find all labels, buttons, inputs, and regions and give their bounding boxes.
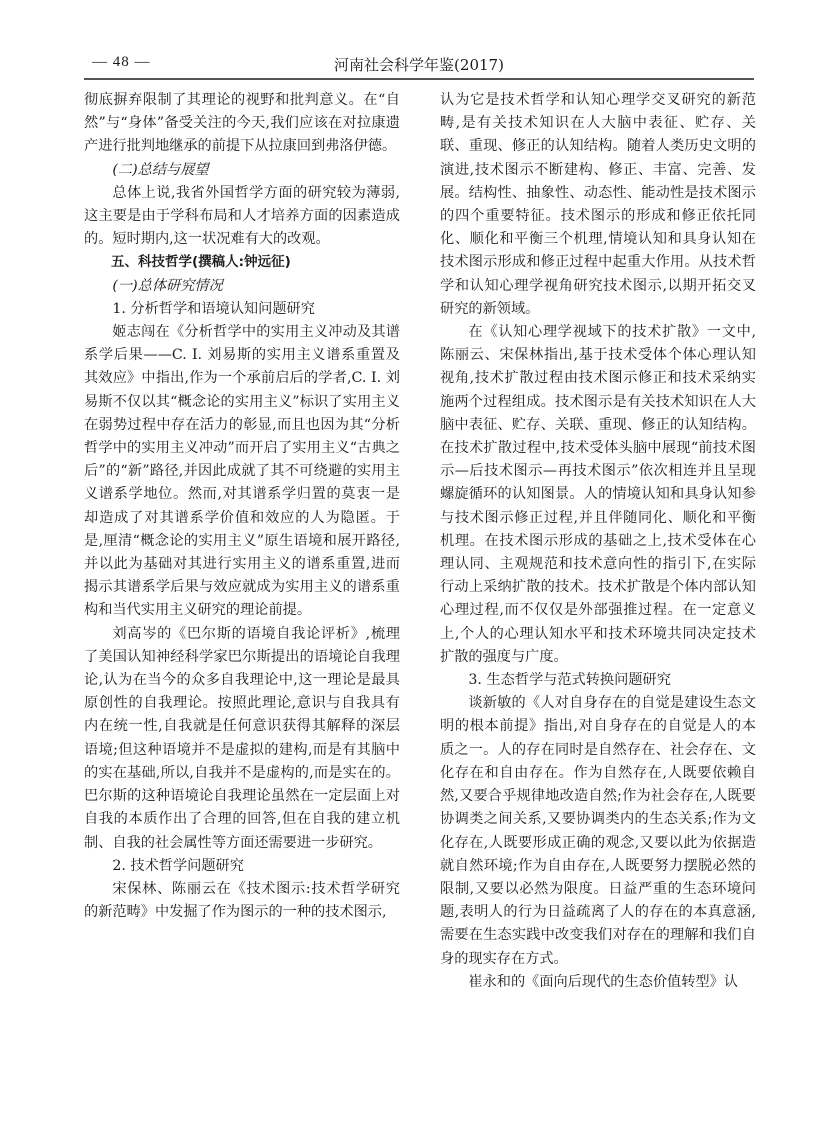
paragraph: 宋保林、陈丽云在《技术图示:技术哲学研究的新范畴》中发掘了作为图示的一种的技术图…: [84, 878, 400, 924]
left-column: 彻底摒弃限制了其理论的视野和批判意义。在“自然”与“身体”备受关注的今天,我们应…: [84, 89, 400, 924]
topic-heading: 2. 技术哲学问题研究: [84, 855, 400, 878]
subsection-heading: (一)总体研究情况: [84, 275, 400, 298]
paragraph: 谈新敏的《人对自身存在的自觉是建设生态文明的根本前提》指出,对自身存在的自觉是人…: [440, 692, 756, 970]
page-header: — 48 — 河南社会科学年鉴(2017): [84, 52, 754, 78]
topic-heading: 3. 生态哲学与范式转换问题研究: [440, 669, 756, 692]
topic-heading: 1. 分析哲学和语境认知问题研究: [84, 298, 400, 321]
paragraph: 彻底摒弃限制了其理论的视野和批判意义。在“自然”与“身体”备受关注的今天,我们应…: [84, 89, 400, 159]
subsection-heading: (二)总结与展望: [84, 159, 400, 182]
paragraph: 刘高岑的《巴尔斯的语境自我论评析》,梳理了美国认知神经科学家巴尔斯提出的语境论自…: [84, 623, 400, 855]
header-rule: [84, 78, 754, 80]
paragraph: 在《认知心理学视域下的技术扩散》一文中,陈丽云、宋保林指出,基于技术受体个体心理…: [440, 321, 756, 669]
section-heading: 五、科技哲学(撰稿人:钟远征): [84, 251, 400, 274]
paragraph: 崔永和的《面向后现代的生态价值转型》认: [440, 971, 756, 994]
paragraph: 认为它是技术哲学和认知心理学交叉研究的新范畴,是有关技术知识在人大脑中表征、贮存…: [440, 89, 756, 321]
right-column: 认为它是技术哲学和认知心理学交叉研究的新范畴,是有关技术知识在人大脑中表征、贮存…: [440, 89, 756, 994]
running-title: 河南社会科学年鉴(2017): [84, 54, 754, 75]
paragraph: 姬志闯在《分析哲学中的实用主义冲动及其谱系学后果——C. I. 刘易斯的实用主义…: [84, 321, 400, 623]
paragraph: 总体上说,我省外国哲学方面的研究较为薄弱,这主要是由于学科布局和人才培养方面的因…: [84, 182, 400, 252]
